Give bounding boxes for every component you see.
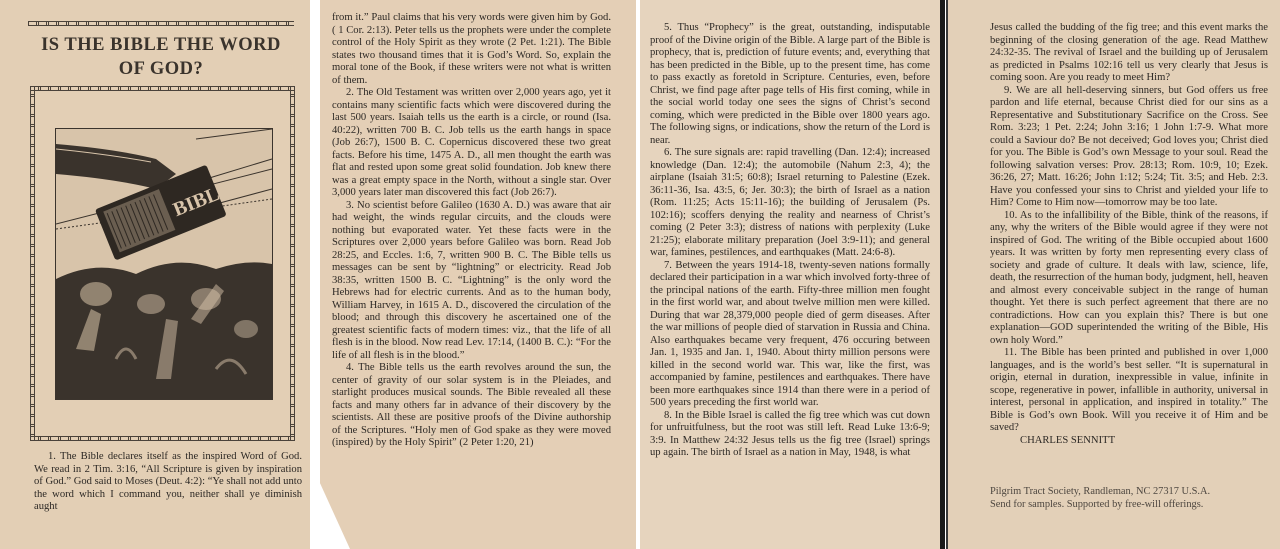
panel1-text: 1. The Bible declares itself as the insp…: [34, 451, 302, 514]
paragraph-6: 6. The sure signals are: rapid travellin…: [650, 147, 930, 260]
paragraph-8-cont: Jesus called the budding of the fig tree…: [990, 22, 1268, 85]
chain-border-top: [28, 21, 294, 26]
paragraph-5: 5. Thus “Prophecy” is the great, outstan…: [650, 22, 930, 147]
paragraph-3: 3. No scientist before Galileo (1630 A. …: [332, 200, 611, 363]
tract-title: IS THE BIBLE THE WORD OF GOD?: [30, 33, 292, 81]
title-line-1: IS THE BIBLE THE WORD: [30, 33, 292, 57]
paragraph-1: 1. The Bible declares itself as the insp…: [34, 451, 302, 514]
paragraph-7: 7. Between the years 1914-18, twenty-sev…: [650, 260, 930, 410]
paragraph-4: 4. The Bible tells us the earth revolves…: [332, 362, 611, 450]
panel4-text: Jesus called the budding of the fig tree…: [990, 22, 1268, 447]
panel2-text: from it.” Paul claims that his very word…: [332, 12, 611, 450]
paragraph-11: 11. The Bible has been printed and publi…: [990, 347, 1268, 435]
back-panel: Jesus called the budding of the fig tree…: [946, 0, 1280, 549]
inner-panel-3: 5. Thus “Prophecy” is the great, outstan…: [640, 0, 940, 549]
paragraph-1-cont: from it.” Paul claims that his very word…: [332, 12, 611, 87]
cover-panel: IS THE BIBLE THE WORD OF GOD?: [0, 0, 310, 549]
chain-frame-bottom: [30, 436, 295, 441]
title-line-2: OF GOD?: [30, 57, 292, 81]
panel3-text: 5. Thus “Prophecy” is the great, outstan…: [650, 22, 930, 460]
paragraph-9: 9. We are all hell-deserving sinners, bu…: [990, 85, 1268, 210]
author-signature: CHARLES SENNITT: [990, 435, 1268, 448]
paragraph-8: 8. In the Bible Israel is called the fig…: [650, 410, 930, 460]
chain-frame-left: [30, 86, 35, 441]
hand-offering-bible-icon: BIBLE: [56, 129, 272, 399]
chain-frame-right: [290, 86, 295, 441]
fold-shadow: [940, 0, 945, 549]
inner-panel-2: from it.” Paul claims that his very word…: [320, 0, 636, 549]
publisher-note: Send for samples. Supported by free-will…: [990, 499, 1270, 512]
bible-illustration: BIBLE: [55, 128, 273, 400]
paragraph-2: 2. The Old Testament was written over 2,…: [332, 87, 611, 200]
paragraph-10: 10. As to the infallibility of the Bible…: [990, 210, 1268, 348]
chain-frame-top: [30, 86, 295, 91]
publisher-address: Pilgrim Tract Society, Randleman, NC 273…: [990, 486, 1270, 499]
publisher-info: Pilgrim Tract Society, Randleman, NC 273…: [990, 486, 1270, 511]
